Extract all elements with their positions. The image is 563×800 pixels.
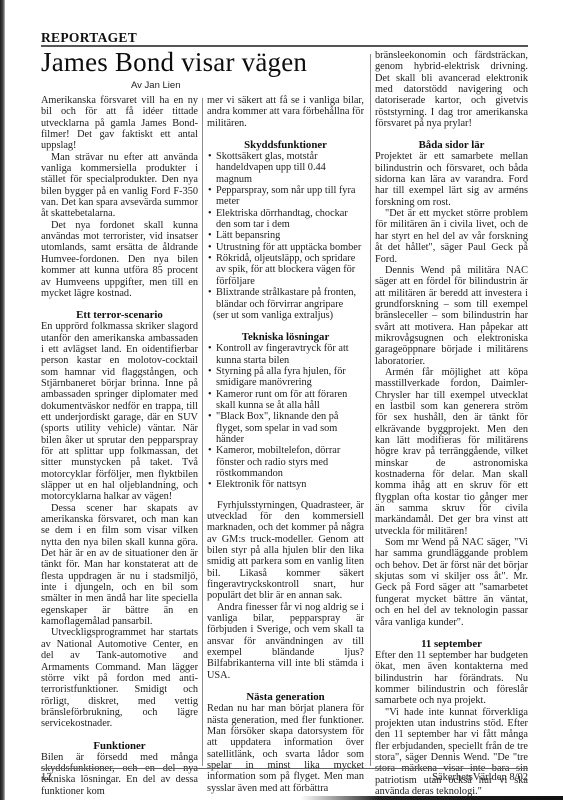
list-item: "Black Box", liknande den på flyget, som… (207, 411, 364, 445)
column-divider (202, 98, 203, 766)
subheading-terror-scenario: Ett terror-scenario (41, 309, 198, 321)
section-label: REPORTAGET (41, 30, 137, 46)
paragraph: Det nya fordonet skall kunna användas mo… (41, 220, 198, 299)
paragraph: Amerikanska försvaret vill ha en ny bil … (41, 95, 198, 152)
list-item: Utrustning för att upptäcka bomber (207, 242, 364, 253)
footer-rule (41, 768, 528, 769)
paragraph: Som mr Wend på NAC säger, "Vi har samma … (375, 537, 528, 628)
paragraph: Utveckligsprogrammet har startats av Nat… (41, 627, 198, 729)
paragraph: Dessa scener har skapats av amerikanska … (41, 503, 198, 628)
subheading-11-september: 11 september (375, 638, 528, 650)
list-item: Kameror, mobiltelefon, dörrar fönster oc… (207, 445, 364, 479)
paragraph: Andra finesser får vi nog aldrig se i va… (207, 602, 364, 681)
list-item: Blixtrande strålkastare på fronten, blän… (207, 287, 364, 310)
paragraph: "Vi hade inte kunnat förverkliga projekt… (375, 707, 528, 798)
list-item: Lätt bepansring (207, 230, 364, 241)
tekniska-losningar-list: Kontroll av fingeravtryck för att kunna … (207, 343, 364, 490)
paragraph: Dennis Wend på militära NAC säger att en… (375, 265, 528, 367)
paragraph: Projektet är ett samarbete mellan bilind… (375, 151, 528, 208)
column-divider (370, 54, 371, 766)
byline: Av Jan Lien (131, 80, 180, 91)
paragraph: Redan nu har man börjat planera för näst… (207, 703, 364, 794)
article-column-2: mer vi säkert att få se i vanliga bilar,… (207, 95, 364, 794)
list-item: Kameror runt om för att föraren skall ku… (207, 389, 364, 412)
list-item: Pepparspray, som når upp till fyra meter (207, 185, 364, 208)
paragraph: "Det är ett mycket större problem för mi… (375, 208, 528, 265)
paragraph: bränsleekonomin och färdsträckan, genom … (375, 50, 528, 129)
paragraph: Man strävar nu efter att använda vanliga… (41, 152, 198, 220)
skyddsfunktioner-list: Skottsäkert glas, motstår handeldvapen u… (207, 151, 364, 310)
paragraph: mer vi säkert att få se i vanliga bilar,… (207, 95, 364, 129)
article-headline: James Bond visar vägen (41, 47, 307, 78)
list-item: Rökridå, oljeutsläpp, och spridare av sp… (207, 253, 364, 287)
publication-issue: SäkerhetsVärlden 8/02 (432, 772, 528, 783)
list-item: Elektriska dörrhandtag, chockar den som … (207, 208, 364, 231)
list-item: Skottsäkert glas, motstår handeldvapen u… (207, 151, 364, 185)
article-column-3: bränsleekonomin och färdsträckan, genom … (375, 50, 528, 797)
subheading-funktioner: Funktioner (41, 740, 198, 752)
subheading-bada-sidor-lar: Båda sidor lär (375, 139, 528, 151)
paragraph: Armén får möjlighet att köpa masstillver… (375, 367, 528, 537)
paragraph: Fyrhjulsstyrningen, Quadrasteer, är utve… (207, 500, 364, 602)
list-note: (ser ut som vanliga extraljus) (207, 310, 364, 321)
article-column-1: Amerikanska försvaret vill ha en ny bil … (41, 95, 198, 797)
list-item: Styrning på alla fyra hjulen, för smidig… (207, 366, 364, 389)
subheading-nasta-generation: Nästa generation (207, 691, 364, 703)
paragraph: Bilen är försedd med många skyddsfunktio… (41, 752, 198, 797)
paragraph: Efter den 11 september har budgeten ökat… (375, 650, 528, 707)
list-item: Kontroll av fingeravtryck för att kunna … (207, 343, 364, 366)
paragraph: En upprörd folkmassa skriker slagord uta… (41, 321, 198, 503)
subheading-tekniska-losningar: Tekniska lösningar (207, 331, 364, 343)
scan-edge-shadow (0, 0, 5, 800)
page-number: 12 (41, 772, 52, 783)
list-item: Elektronik för nattsyn (207, 479, 364, 490)
magazine-page: REPORTAGET James Bond visar vägen Av Jan… (41, 0, 528, 800)
spacer (207, 491, 364, 500)
subheading-skyddsfunktioner: Skyddsfunktioner (207, 139, 364, 151)
